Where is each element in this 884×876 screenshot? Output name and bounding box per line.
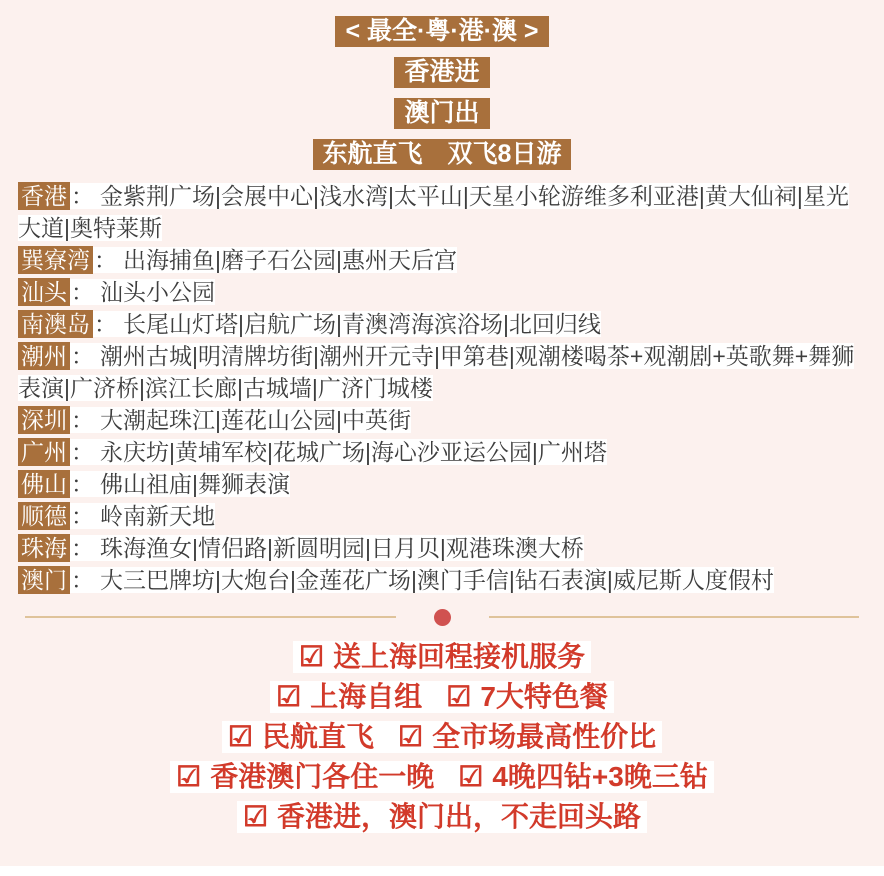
destination-attractions: 汕头小公园: [100, 279, 215, 305]
header-exit-city: 澳门出: [394, 98, 489, 129]
header-line-1-wrap: < 最全·粤·港·澳 >: [18, 16, 866, 47]
destination-row: 佛山：佛山祖庙|舞狮表演: [18, 468, 866, 500]
header-title: < 最全·粤·港·澳 >: [335, 16, 548, 47]
destination-attractions: 金紫荆广场|会展中心|浅水湾|太平山|天星小轮游维多利亚港|黄大仙祠|星光大道|…: [18, 183, 849, 241]
colon: ：: [70, 535, 100, 561]
checkbox-icon: ☑: [398, 721, 423, 752]
destination-row: 澳门：大三巴牌坊|大炮台|金莲花广场|澳门手信|钻石表演|威尼斯人度假村: [18, 564, 866, 596]
colon: ：: [93, 311, 123, 337]
destination-label: 巽寮湾: [18, 246, 93, 274]
colon: ：: [70, 407, 100, 433]
feature-text: 4晚四钻+3晚三钻: [492, 761, 708, 792]
section-divider: [25, 608, 859, 626]
destination-label: 深圳: [18, 406, 70, 434]
destination-row: 汕头：汕头小公园: [18, 276, 866, 308]
destination-attractions: 珠海渔女|情侣路|新圆明园|日月贝|观港珠澳大桥: [100, 535, 584, 561]
destination-attractions: 出海捕鱼|磨子石公园|惠州天后宫: [123, 247, 457, 273]
destination-label: 南澳岛: [18, 310, 93, 338]
colon: ：: [70, 343, 100, 369]
divider-dot-icon: [434, 609, 451, 626]
destination-attractions: 长尾山灯塔|启航广场|青澳湾海滨浴场|北回归线: [123, 311, 601, 337]
destination-list: 香港：金紫荆广场|会展中心|浅水湾|太平山|天星小轮游维多利亚港|黄大仙祠|星光…: [18, 180, 866, 596]
feature-line: ☑民航直飞☑全市场最高性价比: [18, 721, 866, 753]
colon: ：: [70, 439, 100, 465]
destination-label: 佛山: [18, 470, 70, 498]
destination-row: 南澳岛：长尾山灯塔|启航广场|青澳湾海滨浴场|北回归线: [18, 308, 866, 340]
destination-row: 广州：永庆坊|黄埔军校|花城广场|海心沙亚运公园|广州塔: [18, 436, 866, 468]
destination-attractions: 岭南新天地: [100, 503, 215, 529]
destination-label: 澳门: [18, 566, 70, 594]
destination-row: 顺德：岭南新天地: [18, 500, 866, 532]
header-line-4-wrap: 东航直飞 双飞8日游: [18, 139, 866, 170]
destination-label: 珠海: [18, 534, 70, 562]
destination-attractions: 潮州古城|明清牌坊街|潮州开元寺|甲第巷|观潮楼喝茶+观潮剧+英歌舞+舞狮表演|…: [18, 343, 854, 401]
checkbox-icon: ☑: [228, 721, 253, 752]
colon: ：: [70, 567, 100, 593]
checkbox-icon: ☑: [243, 801, 268, 832]
checkbox-icon: ☑: [176, 761, 201, 792]
destination-label: 香港: [18, 182, 70, 210]
destination-label: 广州: [18, 438, 70, 466]
destination-label: 顺德: [18, 502, 70, 530]
feature-text: 民航直飞: [262, 721, 374, 752]
destination-row: 深圳：大潮起珠江|莲花山公园|中英街: [18, 404, 866, 436]
feature-line: ☑香港进，澳门出，不走回头路: [18, 801, 866, 833]
destination-label: 潮州: [18, 342, 70, 370]
destination-row: 珠海：珠海渔女|情侣路|新圆明园|日月贝|观港珠澳大桥: [18, 532, 866, 564]
feature-line: ☑香港澳门各住一晚☑4晚四钻+3晚三钻: [18, 761, 866, 793]
feature-line: ☑上海自组☑7大特色餐: [18, 681, 866, 713]
header-line-2-wrap: 香港进: [18, 57, 866, 88]
colon: ：: [93, 247, 123, 273]
colon: ：: [70, 183, 100, 209]
header-entry-city: 香港进: [394, 57, 489, 88]
feature-text: 全市场最高性价比: [432, 721, 656, 752]
checkbox-icon: ☑: [446, 681, 471, 712]
feature-line: ☑送上海回程接机服务: [18, 641, 866, 673]
divider-line-left: [25, 616, 396, 618]
checkbox-icon: ☑: [458, 761, 483, 792]
header-line-3-wrap: 澳门出: [18, 98, 866, 129]
destination-row: 巽寮湾：出海捕鱼|磨子石公园|惠州天后宫: [18, 244, 866, 276]
colon: ：: [70, 471, 100, 497]
travel-promo-poster: < 最全·粤·港·澳 > 香港进 澳门出 东航直飞 双飞8日游 香港：金紫荆广场…: [0, 0, 884, 876]
feature-text: 送上海回程接机服务: [333, 641, 585, 672]
destination-attractions: 永庆坊|黄埔军校|花城广场|海心沙亚运公园|广州塔: [100, 439, 607, 465]
destination-attractions: 佛山祖庙|舞狮表演: [100, 471, 290, 497]
destination-row: 潮州：潮州古城|明清牌坊街|潮州开元寺|甲第巷|观潮楼喝茶+观潮剧+英歌舞+舞狮…: [18, 340, 866, 404]
colon: ：: [70, 503, 100, 529]
feature-list: ☑送上海回程接机服务 ☑上海自组☑7大特色餐 ☑民航直飞☑全市场最高性价比 ☑香…: [18, 641, 866, 833]
header-flight-info: 东航直飞 双飞8日游: [313, 139, 572, 170]
destination-row: 香港：金紫荆广场|会展中心|浅水湾|太平山|天星小轮游维多利亚港|黄大仙祠|星光…: [18, 180, 866, 244]
feature-text: 7大特色餐: [480, 681, 608, 712]
feature-text: 上海自组: [310, 681, 422, 712]
colon: ：: [70, 279, 100, 305]
divider-line-right: [489, 616, 860, 618]
checkbox-icon: ☑: [299, 641, 324, 672]
destination-label: 汕头: [18, 278, 70, 306]
checkbox-icon: ☑: [276, 681, 301, 712]
destination-attractions: 大三巴牌坊|大炮台|金莲花广场|澳门手信|钻石表演|威尼斯人度假村: [100, 567, 774, 593]
bottom-strip: [0, 866, 884, 876]
destination-attractions: 大潮起珠江|莲花山公园|中英街: [100, 407, 411, 433]
feature-text: 香港进，澳门出，不走回头路: [277, 801, 641, 832]
feature-text: 香港澳门各住一晚: [210, 761, 434, 792]
